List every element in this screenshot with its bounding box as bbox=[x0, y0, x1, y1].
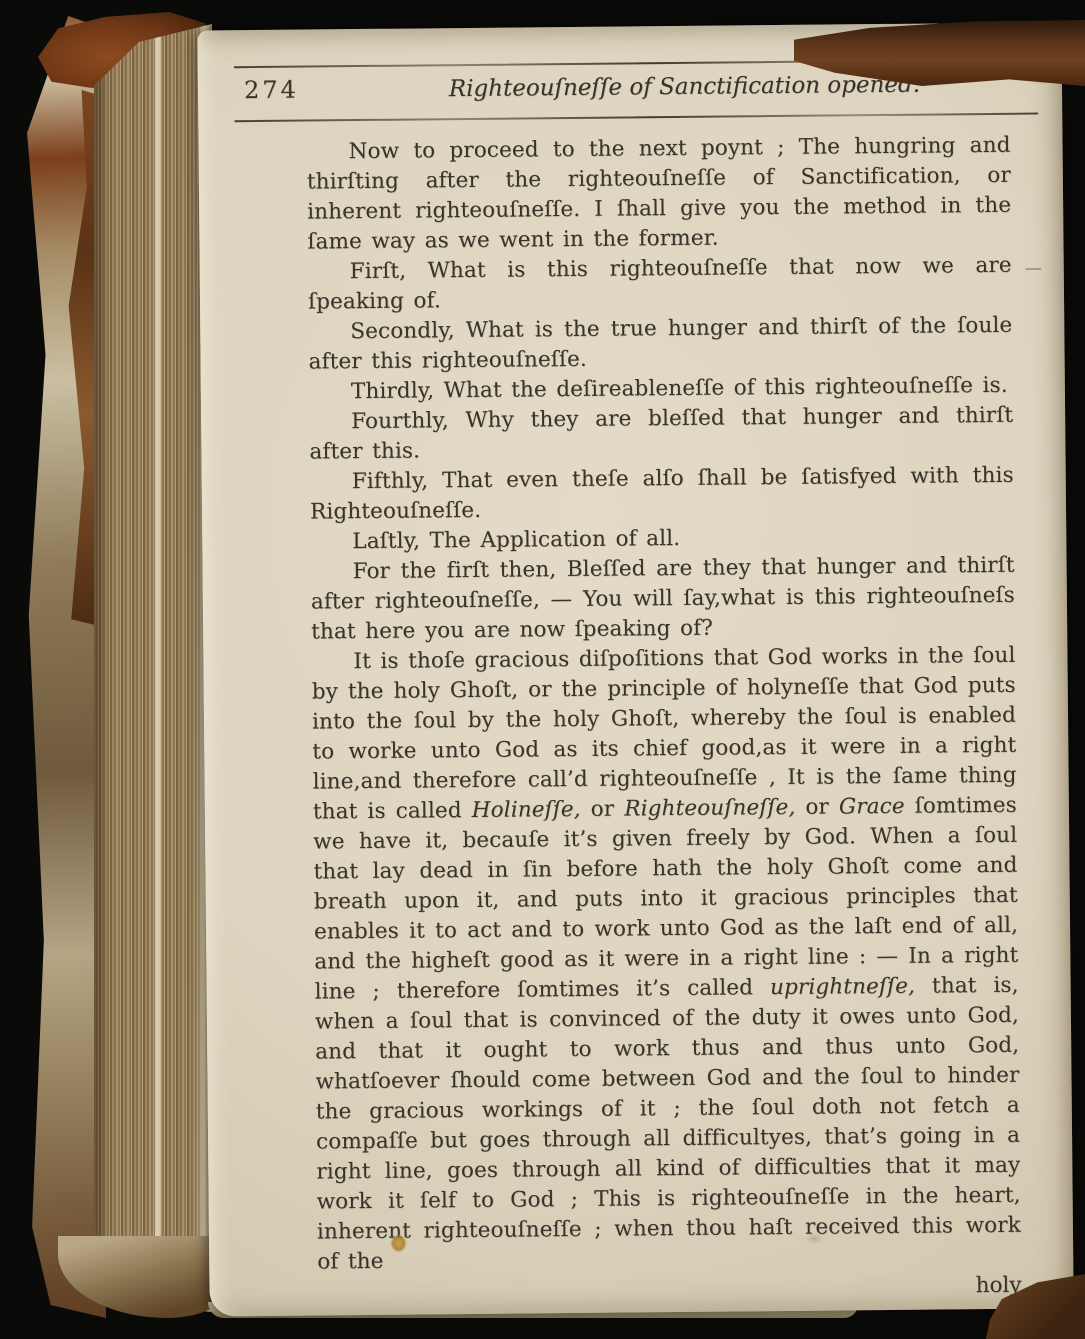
paragraph: Fifthly, That even theſe alſo ſhall be ſ… bbox=[310, 461, 1015, 528]
paper-stain bbox=[391, 1235, 406, 1252]
paragraph: Now to proceed to the next poynt ; The h… bbox=[306, 131, 1011, 258]
scan-background: 274 Righteouſneſſe of Sanctification ope… bbox=[0, 0, 1085, 1339]
paragraph: Secondly, What is the true hunger and th… bbox=[308, 311, 1013, 378]
body-text: Now to proceed to the next poynt ; The h… bbox=[306, 131, 1021, 1278]
paragraph: Fourthly, Why they are bleſſed that hung… bbox=[309, 401, 1014, 468]
book-page: 274 Righteouſneſſe of Sanctification ope… bbox=[197, 22, 1073, 1316]
margin-mark: — bbox=[1025, 258, 1042, 278]
paragraph: It is thoſe gracious diſpoſitions that G… bbox=[311, 641, 1021, 1278]
catchword-row: holy bbox=[317, 1271, 1021, 1308]
paragraph: Firſt, What is this righteouſneſſe that … bbox=[308, 251, 1013, 318]
page-edges-stack bbox=[94, 24, 212, 1312]
paragraph: For the firſt then, Bleſſed are they tha… bbox=[310, 551, 1015, 648]
page-number: 274 bbox=[244, 76, 299, 105]
